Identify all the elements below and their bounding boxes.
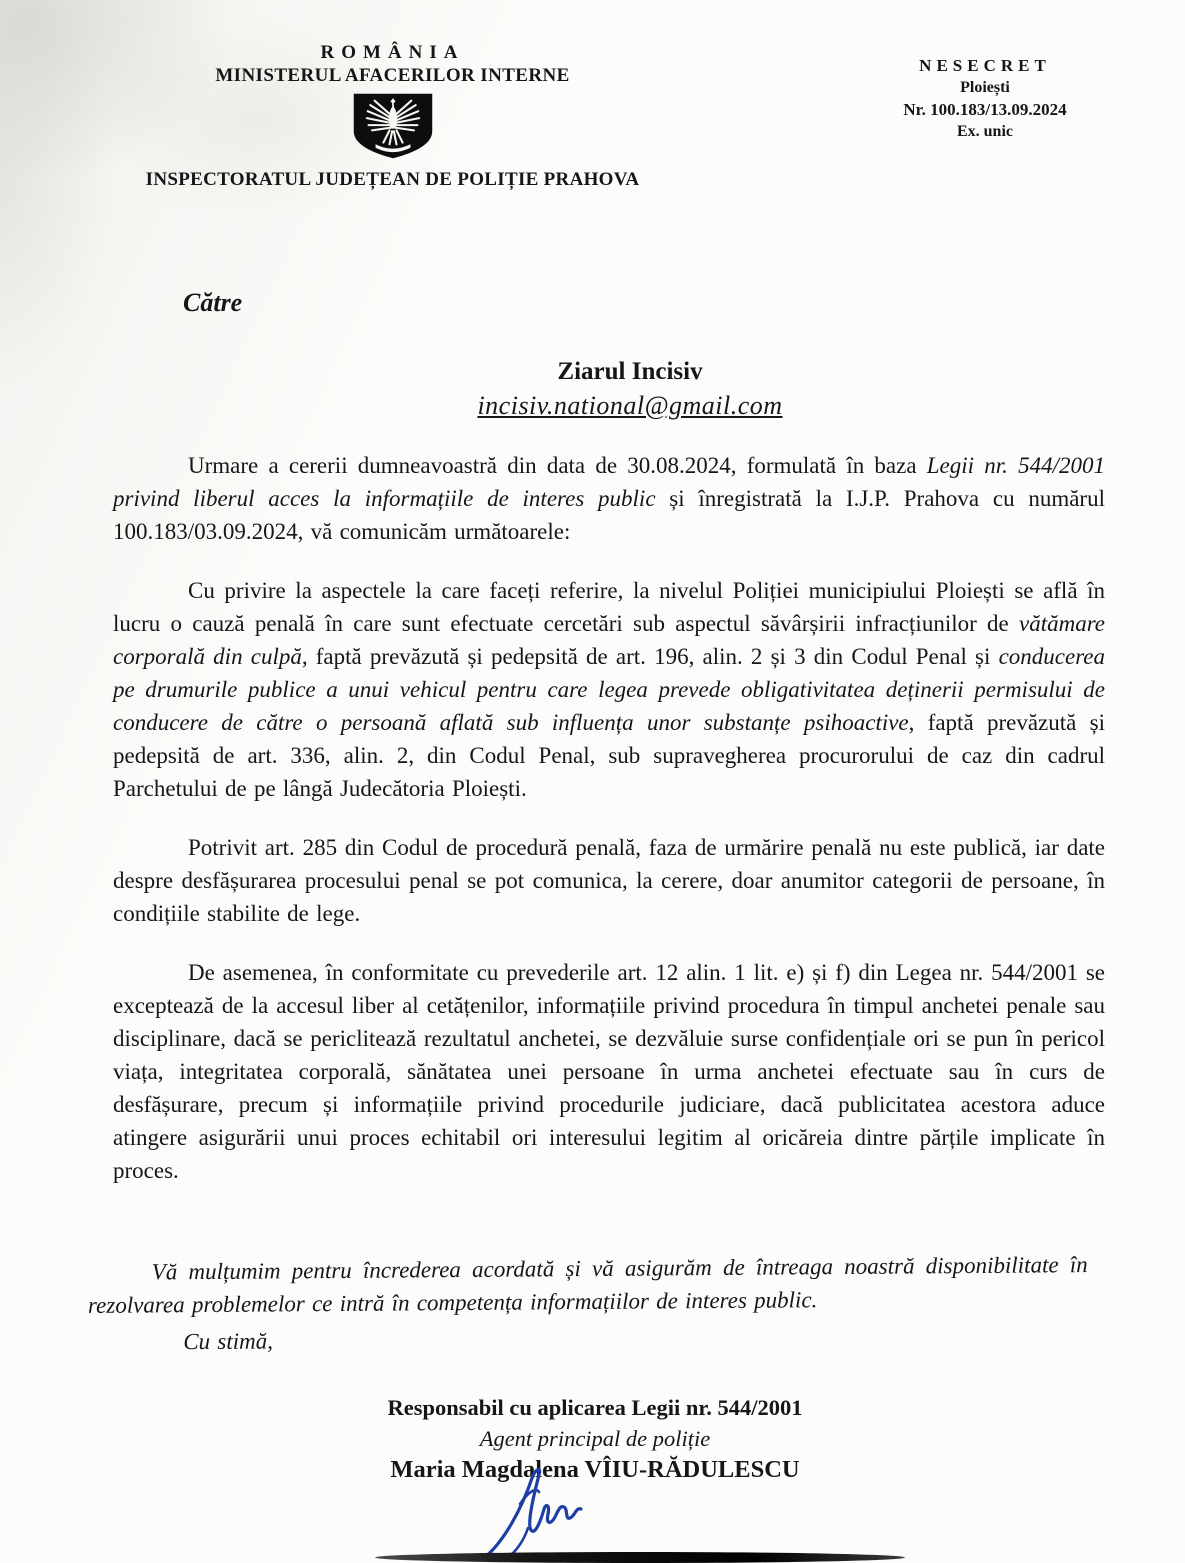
country-name: ROMÂNIA [120, 42, 665, 64]
recipient-name: Ziarul Incisiv [350, 357, 910, 387]
document-meta: NESECRET Ploiești Nr. 100.183/13.09.2024… [860, 55, 1110, 143]
body-paragraph-4: De asemenea, în conformitate cu preveder… [113, 956, 1105, 1187]
signatory-rank: Agent principal de poliție [240, 1423, 950, 1454]
recipient-salutation: Către [183, 288, 242, 318]
redaction-bar [375, 1552, 905, 1563]
copy-label: Ex. unic [860, 121, 1110, 143]
recipient-email: incisiv.national@gmail.com [350, 387, 910, 425]
recipient-block: Ziarul Incisiv incisiv.national@gmail.co… [350, 357, 910, 425]
classification-label: NESECRET [860, 55, 1110, 77]
body-paragraph-1: Urmare a cererii dumneavoastră din data … [113, 449, 1105, 548]
romania-coat-of-arms-icon [349, 92, 437, 160]
closing-block: Vă mulțumim pentru încrederea acordată ș… [88, 1248, 1089, 1359]
registration-number: Nr. 100.183/13.09.2024 [860, 99, 1110, 121]
closing-salutation: Cu stimă, [183, 1318, 1088, 1358]
scanned-letter-page: ROMÂNIA MINISTERUL AFACERILOR INTERNE IN… [0, 0, 1185, 1563]
inspectorate-name: INSPECTORATUL JUDEȚEAN DE POLIȚIE PRAHOV… [120, 169, 665, 191]
body-paragraph-2: Cu privire la aspectele la care faceți r… [113, 574, 1105, 805]
closing-paragraph: Vă mulțumim pentru încrederea acordată ș… [88, 1248, 1088, 1322]
issuing-city: Ploiești [860, 77, 1110, 99]
body-paragraph-3: Potrivit art. 285 din Codul de procedură… [113, 831, 1105, 930]
letter-body: Urmare a cererii dumneavoastră din data … [113, 449, 1105, 1213]
ministry-name: MINISTERUL AFACERILOR INTERNE [120, 65, 665, 87]
signatory-title: Responsabil cu aplicarea Legii nr. 544/2… [240, 1392, 950, 1423]
letterhead: ROMÂNIA MINISTERUL AFACERILOR INTERNE IN… [120, 42, 665, 191]
handwritten-signature-icon [476, 1462, 651, 1562]
